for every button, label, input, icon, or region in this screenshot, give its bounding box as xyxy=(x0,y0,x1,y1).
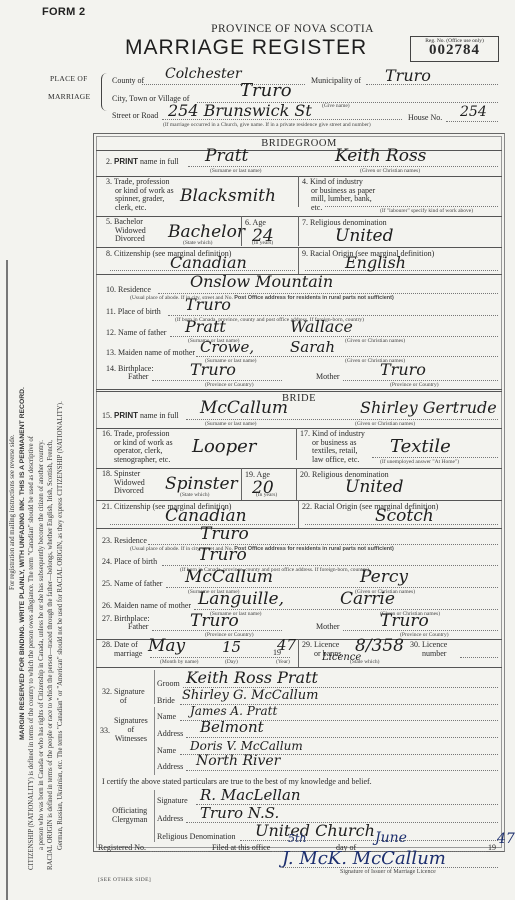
clergy-address-field[interactable]: Truro N.S. xyxy=(200,804,279,822)
marriage-year-field[interactable]: 47 xyxy=(277,636,296,654)
divider xyxy=(241,216,242,246)
in-years-hint: (In years) xyxy=(256,492,277,498)
witness2-address-field[interactable]: North River xyxy=(196,753,280,769)
surname-hint: (Surname or last name) xyxy=(210,168,261,174)
street-hint: (If marriage occurred in a Church, give … xyxy=(163,122,371,128)
clergy-denomination-line xyxy=(240,840,498,841)
field-5-label: 5. Bachelor Widowed Divorced xyxy=(106,218,146,244)
brace-line xyxy=(154,707,155,775)
year-hint: (Year) xyxy=(276,659,290,665)
field-32-label: 32. Signature of xyxy=(102,687,145,705)
label-line: stenographer, etc. xyxy=(102,456,173,465)
municipality-label: Municipality of xyxy=(311,76,361,85)
filed-day-field[interactable]: 5th xyxy=(288,832,307,845)
field-16-label: 16. Trade, profession or kind of work as… xyxy=(102,430,173,464)
father-name-line xyxy=(170,336,498,337)
bride-surname-field[interactable]: McCallum xyxy=(200,398,288,418)
brace-line xyxy=(154,790,155,842)
given-names-hint: (Given or Christian names) xyxy=(355,421,415,427)
margin-line-3: CITIZENSHIP (NATIONALITY) is defined in … xyxy=(27,120,37,890)
mother-label: Mother xyxy=(316,622,340,631)
margin-line-6: German, Russian, Ukrainian, etc. The ter… xyxy=(56,120,66,890)
bride-religion-field[interactable]: United xyxy=(345,477,404,497)
province-heading: PROVINCE OF NOVA SCOTIA xyxy=(0,23,515,35)
groom-mother-birthplace-field[interactable]: Truro xyxy=(380,360,426,379)
groom-surname-field[interactable]: Pratt xyxy=(205,146,248,166)
document-title: MARRIAGE REGISTER xyxy=(125,36,367,60)
divider xyxy=(96,500,502,501)
field-11-label: 11. Place of birth xyxy=(106,307,161,316)
field-12-label: 12. Name of father xyxy=(106,328,166,337)
form-number: FORM 2 xyxy=(42,6,85,18)
give-name-hint: (Give name) xyxy=(322,103,350,109)
witness2-address-line xyxy=(186,770,498,771)
label-line: Signatures xyxy=(114,716,148,725)
house-number-field[interactable]: 254 xyxy=(460,104,487,120)
issuer-signature-line xyxy=(282,867,498,868)
field-18-label: 18. Spinster Widowed Divorced xyxy=(102,470,145,496)
name-in-full-label: name in full xyxy=(140,157,179,166)
groom-father-surname-field[interactable]: Pratt xyxy=(185,317,226,336)
margin-line-4: a person who was born in Canada or who h… xyxy=(37,120,47,890)
groom-signature-field[interactable]: Keith Ross Pratt xyxy=(186,668,318,687)
name-in-full-label: name in full xyxy=(140,411,179,420)
field-13-label: 13. Maiden name of mother xyxy=(106,348,195,357)
field-24-label: 24. Place of birth xyxy=(102,557,157,566)
groom-father-birthplace-field[interactable]: Truro xyxy=(190,360,236,379)
groom-label: Groom xyxy=(157,679,180,688)
divider xyxy=(298,500,299,528)
groom-place-of-birth-field[interactable]: Truro xyxy=(185,295,231,314)
licence-or-banns-field[interactable]: 8/358 xyxy=(355,636,404,656)
residence-line xyxy=(158,293,498,294)
witness1-name-label: Name xyxy=(157,712,176,721)
divider xyxy=(298,639,299,667)
see-other-side-note: [SEE OTHER SIDE] xyxy=(98,877,151,883)
bride-mother-given-field[interactable]: Carrie xyxy=(340,589,395,609)
label-line: etc. xyxy=(302,204,375,213)
bride-father-birthplace-field[interactable]: Truro xyxy=(190,611,239,631)
label-line: Divorced xyxy=(102,487,145,496)
field-15-label: 15. PRINT name in full xyxy=(102,411,179,420)
groom-name-line xyxy=(188,166,498,167)
field-28-label: 28. Date of marriage xyxy=(102,641,142,658)
bridegroom-heading: BRIDEGROOM xyxy=(96,138,502,149)
margin-line-5: RACIAL ORIGIN is defined in terms of the… xyxy=(46,120,56,890)
field-number: 15. xyxy=(102,411,112,420)
mother-name-line xyxy=(194,609,498,610)
brace-decoration xyxy=(101,73,107,111)
bride-mother-birthplace-field[interactable]: Truro xyxy=(380,611,429,631)
city-field[interactable]: Truro xyxy=(240,80,292,101)
groom-racial-origin-field[interactable]: English xyxy=(345,253,406,272)
licence-number-line xyxy=(460,657,498,658)
field-10-label: 10. Residence xyxy=(106,285,151,294)
marriage-day-field[interactable]: 15 xyxy=(222,638,241,656)
witness2-name-label: Name xyxy=(157,746,176,755)
label-line: of xyxy=(102,696,145,705)
bride-father-given-field[interactable]: Percy xyxy=(360,567,408,587)
filed-month-field[interactable]: June xyxy=(375,830,407,846)
bride-citizenship-field[interactable]: Canadian xyxy=(165,506,247,526)
label-line: marriage xyxy=(102,650,142,659)
filed-year-prefix: 19 xyxy=(488,843,496,852)
field-23-label: 23. Residence xyxy=(102,536,147,545)
state-which-hint: (State which) xyxy=(183,240,212,246)
label-line: Witnesses xyxy=(114,734,148,743)
in-years-hint: (In years) xyxy=(252,240,273,246)
registered-no-line xyxy=(150,851,208,852)
clergy-denomination-field[interactable]: United Church xyxy=(255,821,375,840)
bride-label: Bride xyxy=(157,696,175,705)
witness1-address-label: Address xyxy=(157,729,183,738)
label-line: of xyxy=(114,725,148,734)
province-hint: (Province or Country) xyxy=(205,382,254,388)
officiating-clergyman-label: Officiating Clergyman xyxy=(112,806,147,824)
mother-label: Mother xyxy=(316,372,340,381)
brace-line xyxy=(154,670,155,704)
bride-signature-field[interactable]: Shirley G. McCallum xyxy=(182,688,318,703)
margin-line-2: MARGIN RESERVED FOR BINDING. WRITE PLAIN… xyxy=(18,120,28,890)
certification-text: I certify the above stated particulars a… xyxy=(102,777,372,786)
witness1-address-field[interactable]: Belmont xyxy=(200,718,264,736)
print-label: PRINT xyxy=(114,411,138,420)
issuer-label: Signature of Issuer of Marriage Licence xyxy=(340,869,436,875)
print-label: PRINT xyxy=(114,157,138,166)
province-hint: (Province or Country) xyxy=(400,632,449,638)
mother-name-line xyxy=(196,356,498,357)
groom-marital-status-field[interactable]: Bachelor xyxy=(168,222,245,242)
witness1-name-field[interactable]: James A. Pratt xyxy=(190,704,277,718)
county-field[interactable]: Colchester xyxy=(165,66,242,82)
groom-mother-surname-field[interactable]: Crowe, xyxy=(200,338,254,356)
industry-line xyxy=(325,206,498,207)
label-line: Divorced xyxy=(106,235,146,244)
birthplace-line xyxy=(168,315,498,316)
label-line: Clergyman xyxy=(112,815,147,824)
groom-citizenship-field[interactable]: Canadian xyxy=(170,253,247,272)
father-birthplace-line xyxy=(152,380,282,381)
clergy-signature-field[interactable]: R. MacLellan xyxy=(200,786,301,804)
field-30-label: 30. Licence number xyxy=(410,641,447,658)
bride-given-names-field[interactable]: Shirley Gertrude xyxy=(360,398,497,417)
clergy-signature-label: Signature xyxy=(157,796,188,805)
witness2-name-field[interactable]: Doris V. McCallum xyxy=(190,739,303,753)
registration-number-box: Reg. No. (Office use only) 002784 xyxy=(410,36,499,62)
clergy-address-label: Address xyxy=(157,814,183,823)
bride-residence-field[interactable]: Truro xyxy=(200,524,249,544)
label-line: clerk, etc. xyxy=(106,204,174,213)
industry-line xyxy=(372,457,498,458)
groom-trade-field[interactable]: Blacksmith xyxy=(180,186,276,206)
divider xyxy=(298,176,299,207)
witness1-address-line xyxy=(186,737,498,738)
groom-given-names-field[interactable]: Keith Ross xyxy=(335,146,426,166)
registered-no-label: Registered No. xyxy=(98,843,146,852)
divider xyxy=(296,468,297,500)
given-names-hint: (Given or Christian names) xyxy=(345,338,405,344)
birthplace-line xyxy=(162,565,498,566)
bride-racial-origin-field[interactable]: Scotch xyxy=(375,506,434,526)
issuer-signature-field[interactable]: J. McK. McCallum xyxy=(282,848,446,869)
groom-residence-field[interactable]: Onslow Mountain xyxy=(190,272,333,291)
day-hint: (Day) xyxy=(225,659,238,665)
place-of-label: PLACE OF xyxy=(50,74,88,83)
mother-birthplace-line xyxy=(343,380,498,381)
street-field[interactable]: 254 Brunswick St xyxy=(168,101,312,120)
municipality-field[interactable]: Truro xyxy=(385,66,431,85)
month-hint: (Month by name) xyxy=(160,659,199,665)
divider xyxy=(298,216,299,246)
residence-hint: (Usual place of abode. If in city, stree… xyxy=(130,295,394,301)
label-line: number xyxy=(410,650,447,659)
bride-name-line xyxy=(186,419,498,420)
marriage-month-field[interactable]: May xyxy=(148,636,185,656)
marriage-label: MARRIAGE xyxy=(48,92,90,101)
divider xyxy=(298,247,299,274)
filed-label: Filed at this office xyxy=(212,843,270,852)
divider xyxy=(96,247,502,248)
surname-hint: (Surname or last name) xyxy=(205,421,256,427)
divider xyxy=(241,468,242,500)
divider xyxy=(296,428,297,460)
field-33-number: 33. xyxy=(100,726,110,735)
divider xyxy=(96,216,502,217)
double-divider xyxy=(96,389,502,392)
groom-religion-field[interactable]: United xyxy=(335,226,394,246)
date-line xyxy=(150,657,290,658)
state-which-hint: (State which) xyxy=(180,492,209,498)
label-line: 32. Signature xyxy=(102,687,145,696)
residence-hint: (Usual place of abode. If in city, stree… xyxy=(130,546,394,552)
state-which-hint: (State which) xyxy=(350,659,379,665)
groom-mother-given-field[interactable]: Sarah xyxy=(290,338,335,356)
field-number: 2. xyxy=(106,157,112,166)
field-25-label: 25. Name of father xyxy=(102,579,162,588)
bride-marital-status-field[interactable]: Spinster xyxy=(165,474,238,494)
bride-industry-field[interactable]: Textile xyxy=(390,436,451,457)
house-line xyxy=(446,121,498,122)
filed-year-field[interactable]: 47 xyxy=(497,831,515,847)
witness2-address-label: Address xyxy=(157,762,183,771)
divider xyxy=(96,150,502,151)
divider xyxy=(96,468,502,469)
bride-father-surname-field[interactable]: McCallum xyxy=(185,567,273,587)
divider xyxy=(96,528,502,529)
county-label: County of xyxy=(112,76,144,85)
father-label: Father xyxy=(128,372,148,381)
margin-instructions: For registration and mailing instruction… xyxy=(8,120,65,890)
field-26-label: 26. Maiden name of mother xyxy=(102,601,191,610)
residence-hint-bold: Post Office address for residents in rur… xyxy=(234,546,394,552)
field-33-label: Signatures of Witnesses xyxy=(114,716,148,743)
field-3-label: 3. Trade, profession or kind of work as … xyxy=(106,178,174,212)
groom-father-given-field[interactable]: Wallace xyxy=(290,317,353,336)
label-line: law office, etc. xyxy=(300,456,365,465)
field-17-label: 17. Kind of industry or business as text… xyxy=(300,430,365,464)
field-2-label: 2. PRINT name in full xyxy=(106,157,179,166)
bride-place-of-birth-field[interactable]: Truro xyxy=(198,545,247,565)
clergy-denomination-label: Religious Denomination xyxy=(157,832,235,841)
father-label: Father xyxy=(128,622,148,631)
province-hint: (Province or Country) xyxy=(390,382,439,388)
bride-mother-surname-field[interactable]: Languille, xyxy=(198,589,284,609)
margin-line-1: For registration and mailing instruction… xyxy=(8,120,18,890)
residence-hint-bold: Post Office address for residents in rur… xyxy=(234,295,394,301)
street-label: Street or Road xyxy=(112,111,158,120)
labourer-hint: (If "labourer" specify kind of work abov… xyxy=(380,208,473,214)
bride-trade-field[interactable]: Looper xyxy=(192,436,256,457)
label-line: Officiating xyxy=(112,806,147,815)
house-label: House No. xyxy=(408,113,442,122)
given-names-hint: (Given or Christian names) xyxy=(360,168,420,174)
father-name-line xyxy=(166,587,498,588)
unemployed-hint: (If unemployed answer "At Home") xyxy=(380,459,459,465)
reg-no-value: 002784 xyxy=(411,44,498,57)
